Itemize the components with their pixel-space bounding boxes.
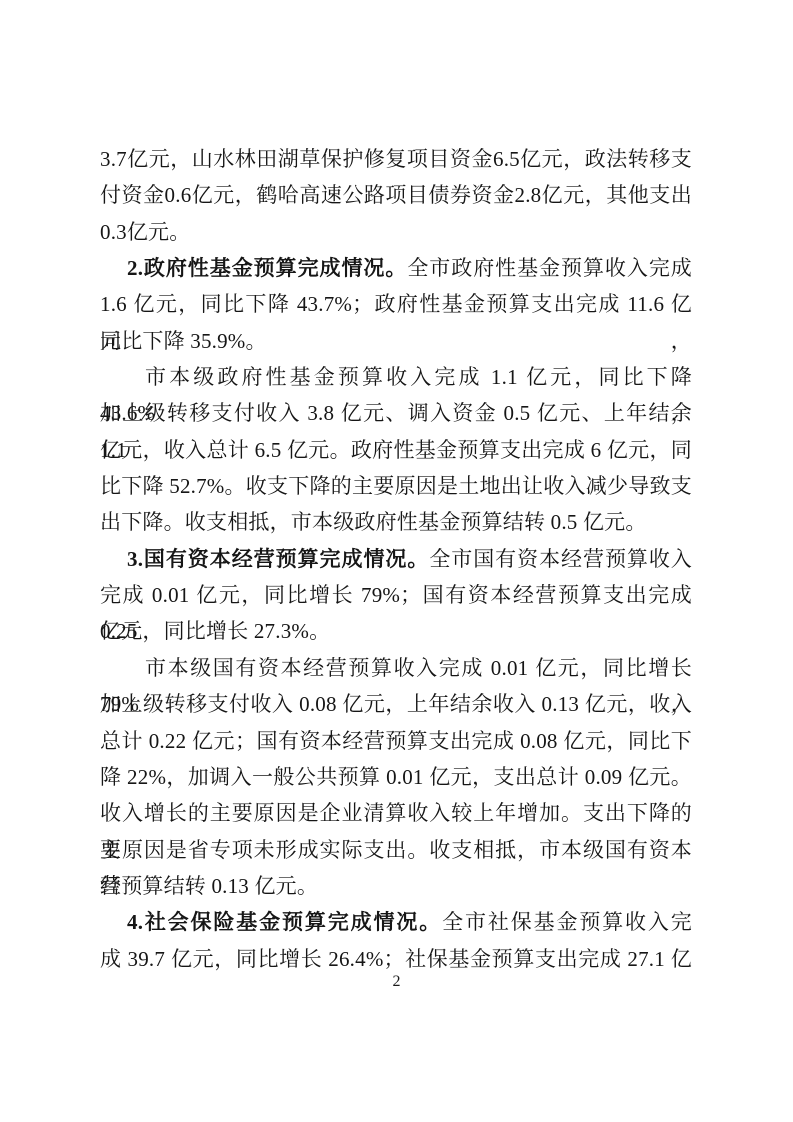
doc-line-text: 全市社保基金预算收入完	[442, 910, 692, 934]
doc-line: 1.6 亿元，同比下降 43.7%；政府性基金预算支出完成 11.6 亿元，	[100, 286, 692, 322]
section-heading-3: 3.国有资本经营预算完成情况。	[127, 547, 429, 571]
doc-line: 降 22%，加调入一般公共预算 0.01 亿元，支出总计 0.09 亿元。	[100, 759, 692, 795]
doc-line-text: 全市国有资本经营预算收入	[429, 547, 692, 571]
document-page: 3.7亿元，山水林田湖草保护修复项目资金6.5亿元，政法转移支 付资金0.6亿元…	[0, 0, 793, 1122]
document-text-block: 3.7亿元，山水林田湖草保护修复项目资金6.5亿元，政法转移支 付资金0.6亿元…	[100, 141, 692, 977]
section-heading-line-4: 4.社会保险基金预算完成情况。全市社保基金预算收入完	[100, 904, 692, 940]
page-number: 2	[0, 972, 793, 992]
doc-line: 完成 0.01 亿元，同比增长 79%；国有资本经营预算支出完成 0.25	[100, 577, 692, 613]
doc-line: 出下降。收支相抵，市本级政府性基金预算结转 0.5 亿元。	[100, 504, 692, 540]
doc-line: 0.3亿元。	[100, 214, 692, 250]
doc-line: 市本级政府性基金预算收入完成 1.1 亿元，同比下降 43.6%，	[100, 359, 692, 395]
doc-line: 要原因是省专项未形成实际支出。收支相抵，市本级国有资本经	[100, 832, 692, 868]
section-heading-2: 2.政府性基金预算完成情况。	[127, 256, 407, 280]
section-heading-line-3: 3.国有资本经营预算完成情况。全市国有资本经营预算收入	[100, 541, 692, 577]
doc-line: 亿元，同比增长 27.3%。	[100, 613, 692, 649]
doc-line: 加上级转移支付收入 0.08 亿元，上年结余收入 0.13 亿元，收入	[100, 686, 692, 722]
doc-line: 比下降 52.7%。收支下降的主要原因是土地出让收入减少导致支	[100, 468, 692, 504]
doc-line: 营预算结转 0.13 亿元。	[100, 868, 692, 904]
doc-line: 3.7亿元，山水林田湖草保护修复项目资金6.5亿元，政法转移支	[100, 141, 692, 177]
doc-line: 收入增长的主要原因是企业清算收入较上年增加。支出下降的主	[100, 795, 692, 831]
doc-line: 亿元，收入总计 6.5 亿元。政府性基金预算支出完成 6 亿元，同	[100, 432, 692, 468]
doc-line: 市本级国有资本经营预算收入完成 0.01 亿元，同比增长 79%，	[100, 650, 692, 686]
doc-line: 加上级转移支付收入 3.8 亿元、调入资金 0.5 亿元、上年结余 1.1	[100, 395, 692, 431]
section-heading-4: 4.社会保险基金预算完成情况。	[127, 910, 442, 934]
doc-line: 付资金0.6亿元，鹤哈高速公路项目债券资金2.8亿元，其他支出	[100, 177, 692, 213]
section-heading-line-2: 2.政府性基金预算完成情况。全市政府性基金预算收入完成	[100, 250, 692, 286]
doc-line: 总计 0.22 亿元；国有资本经营预算支出完成 0.08 亿元，同比下	[100, 723, 692, 759]
doc-line-text: 全市政府性基金预算收入完成	[407, 256, 692, 280]
